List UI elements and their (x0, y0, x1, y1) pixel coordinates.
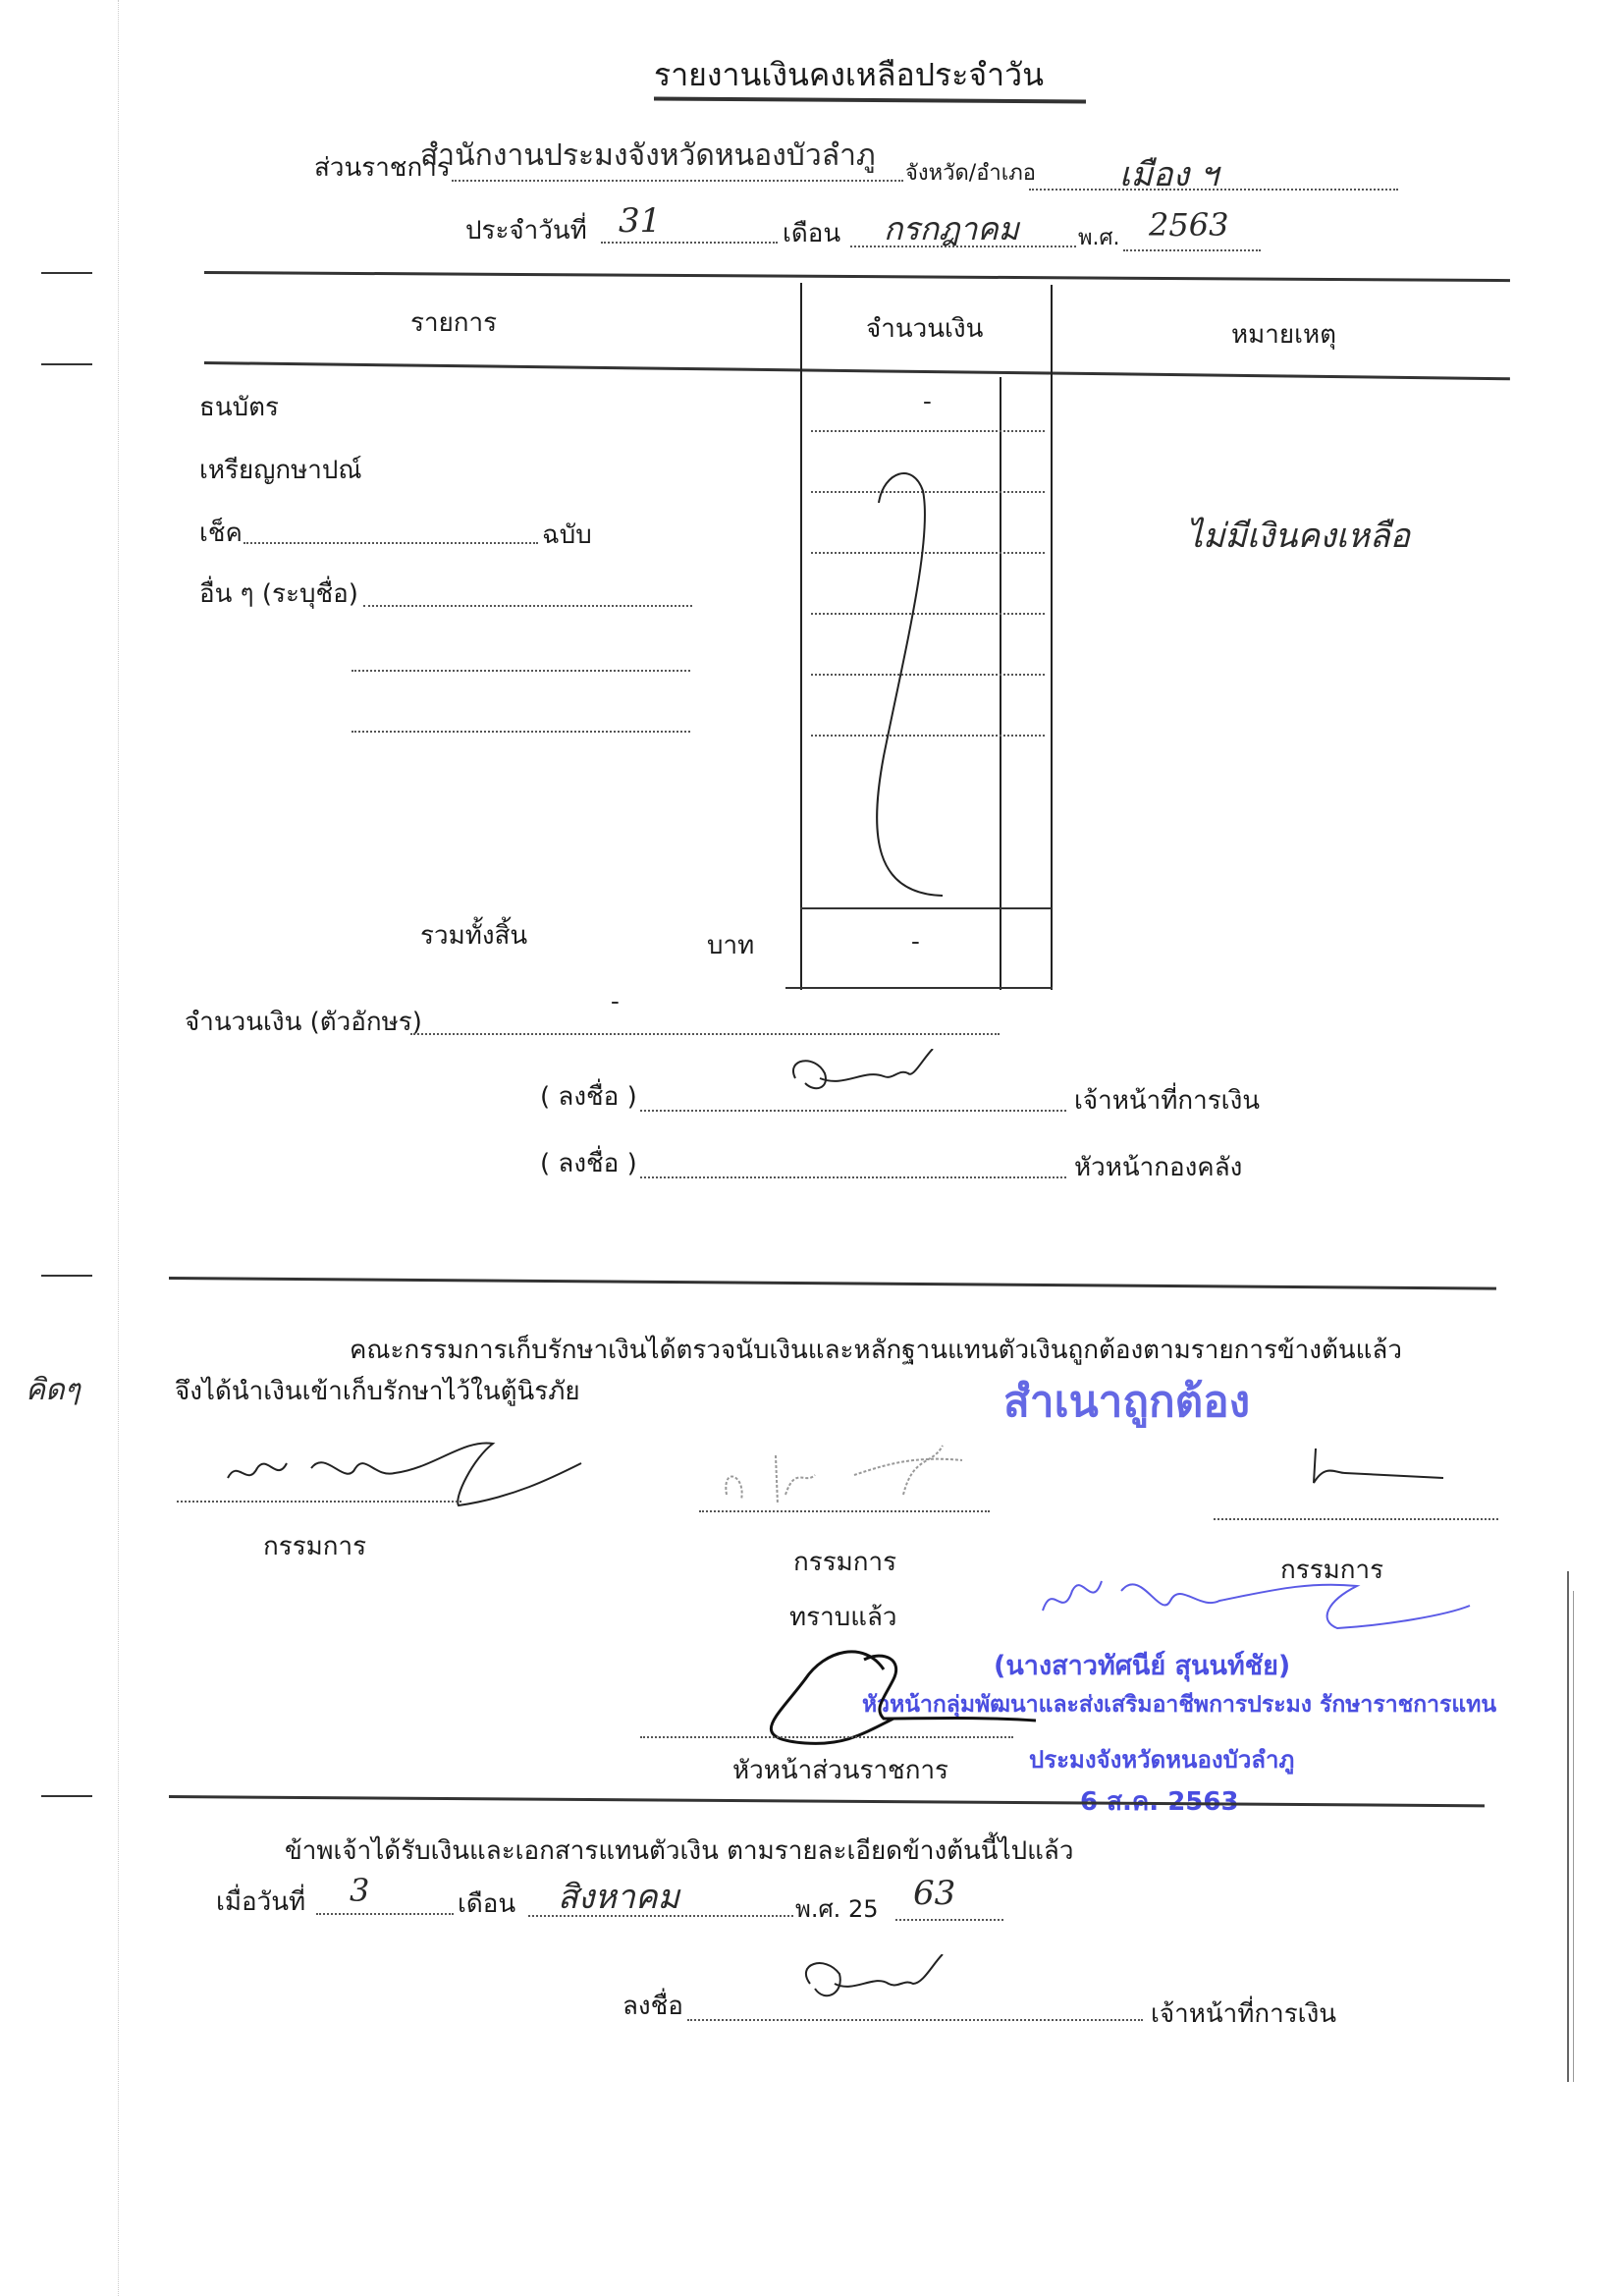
total-row-bottom (785, 987, 1053, 989)
receipt-year-value: 63 (913, 1874, 955, 1913)
acknowledged-label: ทราบแล้ว (789, 1605, 897, 1630)
amount-line (811, 430, 1045, 432)
table-header-border (204, 361, 1510, 380)
receipt-section-border (169, 1795, 1485, 1807)
total-label: รวมทั้งสิ้น (420, 923, 527, 949)
receipt-year-line (895, 1919, 1003, 1921)
committee-member-3-signature (1306, 1444, 1463, 1493)
agency-head-role: หัวหน้าส่วนราชการ (732, 1758, 948, 1783)
receipt-sign-label: ลงชื่อ (622, 1994, 683, 2019)
day-value: 31 (619, 201, 661, 241)
title-underline (654, 96, 1086, 103)
year-field-line (1123, 249, 1261, 251)
receipt-finance-signature (795, 1954, 952, 2023)
other-line-3 (352, 731, 690, 733)
month-label: เดือน (783, 221, 840, 246)
agency-head-sign-line (640, 1736, 1013, 1738)
receipt-month-label: เดือน (458, 1891, 515, 1917)
margin-tick (41, 363, 92, 365)
receipt-day-label: เมื่อวันที่ (216, 1889, 305, 1915)
column-header-amount: จำนวนเงิน (866, 316, 983, 342)
sign-prefix-finance: ( ลงชื่อ ) (540, 1084, 637, 1110)
province-value: เมือง ฯ (1119, 147, 1218, 200)
receipt-day-value: 3 (350, 1872, 369, 1909)
year-label: พ.ศ. (1078, 228, 1119, 249)
member-1-sign-line (177, 1501, 461, 1503)
margin-tick (41, 1275, 92, 1277)
year-value: 2563 (1149, 206, 1228, 244)
sign-prefix-treasury: ( ลงชื่อ ) (540, 1151, 637, 1176)
agency-value: สำนักงานประมงจังหวัดหนองบัวลำภู (420, 133, 876, 179)
committee-section-border (169, 1277, 1496, 1290)
other-line-2 (352, 670, 690, 672)
committee-member-1-signature (218, 1439, 591, 1507)
satang-col-divider (1000, 377, 1001, 990)
receipt-statement: ข้าพเจ้าได้รับเงินและเอกสารแทนตัวเงิน ตา… (285, 1838, 1073, 1864)
province-label: จังหวัด/อำเภอ (905, 163, 1036, 185)
finance-officer-signature (785, 1049, 943, 1118)
scan-edge-line (1567, 1571, 1569, 2082)
total-value: - (911, 927, 920, 957)
amount-in-words-label: จำนวนเงิน (ตัวอักษร) (185, 1010, 422, 1035)
receipt-day-line (316, 1913, 454, 1915)
role-treasury-head: หัวหน้ากองคลัง (1074, 1155, 1242, 1180)
row-other-label: อื่น ๆ (ระบุชื่อ) (199, 581, 358, 607)
strike-through-mark (864, 462, 962, 903)
column-header-items: รายการ (410, 310, 497, 336)
margin-tick (41, 272, 92, 274)
row-coins-label: เหรียญกษาปณ์ (199, 458, 361, 483)
committee-member-2-signature (717, 1436, 1031, 1514)
month-value: กรกฎาคม (884, 204, 1019, 254)
committee-statement-line1: คณะกรรมการเก็บรักษาเงินได้ตรวจนับเงินและ… (350, 1338, 1402, 1363)
stamp-office: ประมงจังหวัดหนองบัวลำภู (1029, 1740, 1294, 1778)
remark-value: ไม่มีเงินคงเหลือ (1186, 509, 1410, 562)
member-2-role: กรรมการ (793, 1550, 896, 1575)
receipt-sign-line (687, 2019, 1143, 2021)
total-row-top (800, 907, 1052, 909)
currency-label: บาท (707, 933, 754, 958)
table-top-border (204, 271, 1510, 282)
agency-head-signature (746, 1640, 1041, 1758)
acting-head-signature (1033, 1561, 1475, 1640)
other-name-line (363, 605, 692, 607)
scan-edge-line (1573, 1591, 1574, 2082)
amount-in-words-line (410, 1033, 1000, 1035)
row-banknotes-amount: - (923, 387, 932, 416)
row-cheque-label: เช็ค (199, 520, 243, 546)
scan-margin-dots (118, 0, 120, 2296)
column-header-remark: หมายเหตุ (1231, 322, 1336, 348)
margin-tick (41, 1795, 92, 1797)
receipt-year-label: พ.ศ. 25 (795, 1897, 878, 1921)
amount-in-words-value: - (611, 987, 620, 1016)
member-2-sign-line (699, 1510, 990, 1512)
amount-col-left (800, 283, 802, 990)
row-banknotes-label: ธนบัตร (199, 395, 279, 420)
row-cheque-suffix: ฉบับ (542, 522, 592, 548)
agency-field-line (452, 180, 903, 182)
cheque-count-line (243, 542, 538, 544)
margin-note: คิดๆ (26, 1367, 81, 1413)
member-1-role: กรรมการ (263, 1534, 366, 1559)
sign-line-treasury (640, 1176, 1066, 1178)
receipt-role: เจ้าหน้าที่การเงิน (1151, 2001, 1336, 2027)
member-3-sign-line (1214, 1518, 1498, 1520)
document-title: รายงานเงินคงเหลือประจำวัน (654, 59, 1044, 90)
role-finance-officer: เจ้าหน้าที่การเงิน (1074, 1088, 1260, 1114)
amount-col-right (1051, 285, 1053, 990)
committee-statement-line2: จึงได้นำเงินเข้าเก็บรักษาไว้ในตู้นิรภัย (175, 1379, 580, 1404)
certified-copy-stamp: สำเนาถูกต้อง (1003, 1367, 1250, 1436)
day-field-line (601, 242, 778, 244)
receipt-month-value: สิงหาคม (558, 1870, 679, 1923)
day-label: ประจำวันที่ (465, 218, 587, 244)
